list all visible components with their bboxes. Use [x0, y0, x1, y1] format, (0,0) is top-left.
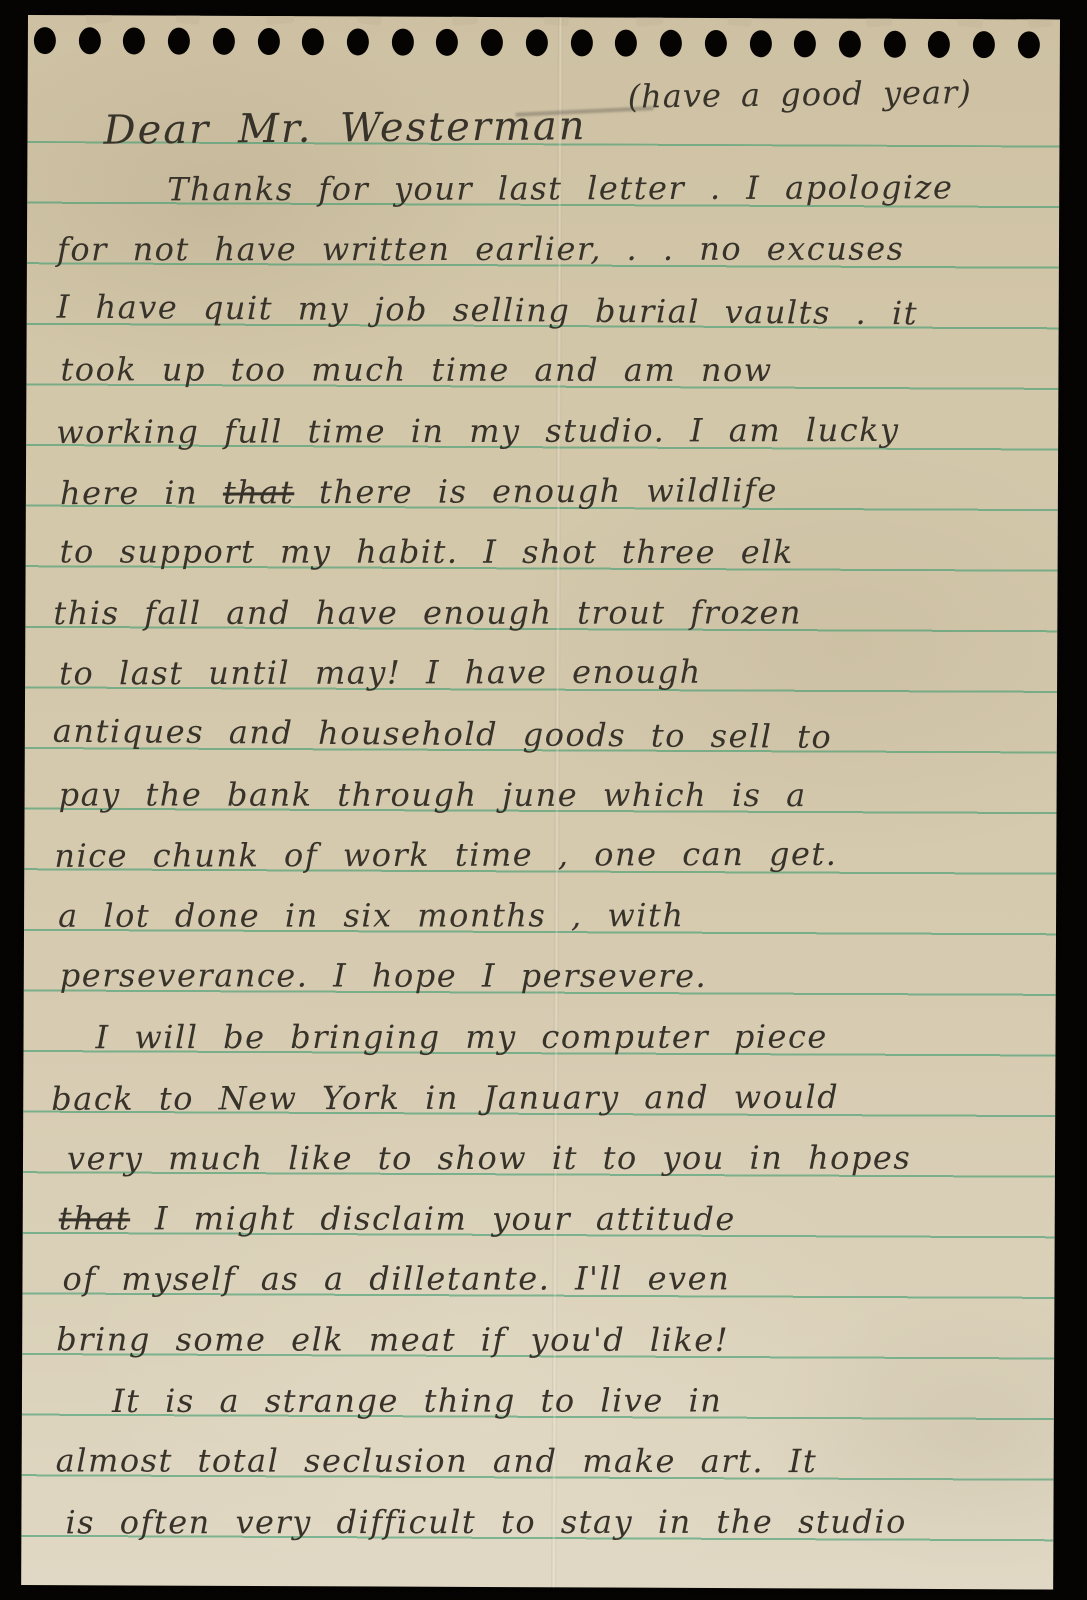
torn-tab	[957, 15, 984, 29]
torn-tab	[727, 15, 753, 27]
letter-line: working full time in my studio. I am luc…	[56, 414, 899, 448]
punch-hole	[347, 28, 369, 55]
punch-hole	[302, 28, 324, 55]
torn-tab	[1027, 15, 1052, 29]
punch-hole	[168, 28, 190, 55]
letter-line: perseverance. I hope I persevere.	[60, 959, 707, 992]
letter-line: I will be bringing my computer piece	[96, 1021, 828, 1054]
letter-line: nice chunk of work time , one can get.	[54, 838, 837, 872]
torn-tab	[85, 15, 113, 25]
letter-line: a lot done in six months , with	[58, 899, 684, 932]
letter-line: of myself as a dilletante. I'll even	[62, 1262, 730, 1295]
punch-hole	[1018, 31, 1040, 58]
punch-hole	[213, 28, 235, 55]
letter-line: is often very difficult to stay in the s…	[65, 1506, 906, 1539]
torn-tab	[175, 15, 200, 25]
punch-hole	[526, 29, 548, 56]
torn-tab	[865, 15, 892, 28]
torn-tab	[451, 15, 478, 26]
letter-line: Thanks for your last letter . I apologiz…	[167, 171, 953, 205]
punch-hole	[570, 29, 592, 56]
punch-hole	[928, 31, 950, 58]
letter-line: It is a strange thing to live in	[112, 1384, 722, 1417]
letter-line: back to New York in January and would	[51, 1081, 839, 1115]
punch-hole	[705, 30, 727, 57]
letter-line: here in that there is enough wildlife	[60, 474, 778, 509]
notebook-page: (have a good year) Dear Mr. Westerman Th…	[21, 15, 1060, 1589]
punch-hole	[392, 29, 414, 56]
photo-of-letter: (have a good year) Dear Mr. Westerman Th…	[0, 0, 1087, 1600]
letter-line: took up too much time and am now	[60, 353, 772, 386]
letter-line: very much like to show it to you in hope…	[67, 1142, 911, 1175]
letter-line: this fall and have enough trout frozen	[53, 596, 802, 629]
torn-tab	[266, 15, 295, 25]
letter-line: I have quit my job selling burial vaults…	[57, 291, 919, 330]
punch-hole	[123, 27, 145, 54]
punch-hole	[973, 31, 995, 58]
letter-line: antiques and household goods to sell to	[53, 715, 833, 753]
punch-hole	[481, 29, 503, 56]
punch-hole	[79, 27, 101, 54]
torn-tab	[543, 15, 569, 26]
letter-line: to support my habit. I shot three elk	[60, 535, 794, 568]
top-annotation: (have a good year)	[627, 76, 972, 113]
struck-word: that	[59, 1199, 130, 1237]
letter-line: almost total seclusion and make art. It	[56, 1444, 818, 1477]
punch-hole	[257, 28, 279, 55]
punch-holes	[34, 27, 1040, 58]
punch-hole	[660, 30, 682, 57]
letter-line: pay the bank through june which is a	[59, 778, 807, 811]
torn-tab	[357, 15, 383, 26]
letter-line: to last until may! I have enough	[59, 656, 702, 690]
torn-tab	[635, 15, 663, 27]
punch-hole	[436, 29, 458, 56]
punch-hole	[794, 30, 816, 57]
letter-line: that I might disclaim your attitude	[59, 1202, 736, 1235]
punch-hole	[839, 31, 861, 58]
struck-word: that	[223, 473, 295, 511]
letter-line: for not have written earlier, . . no exc…	[57, 233, 905, 266]
salutation: Dear Mr. Westerman	[103, 106, 586, 151]
punch-hole	[749, 30, 771, 57]
letter-line: bring some elk meat if you'd like!	[56, 1323, 729, 1356]
punch-hole	[883, 31, 905, 58]
punch-hole	[34, 27, 56, 54]
punch-hole	[615, 30, 637, 57]
